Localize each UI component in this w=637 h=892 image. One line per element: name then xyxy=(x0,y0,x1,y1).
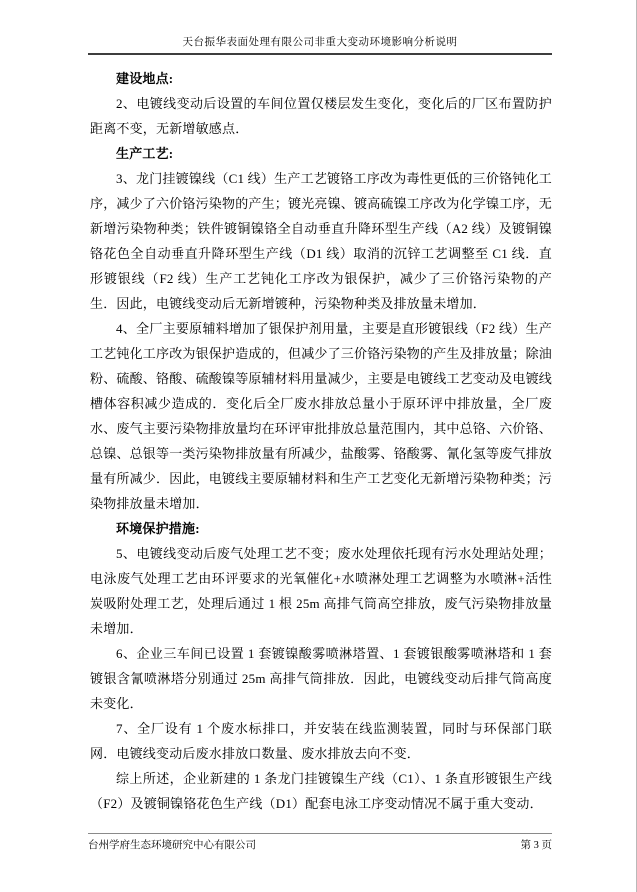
document-page: 天台振华表面处理有限公司非重大变动环境影响分析说明 建设地点:2、电镀线变动后设… xyxy=(0,0,637,892)
document-body: 建设地点:2、电镀线变动后设置的车间位置仅楼层发生变化，变化后的厂区布置防护距离… xyxy=(90,66,552,816)
header-title: 天台振华表面处理有限公司非重大变动环境影响分析说明 xyxy=(88,36,552,49)
page-header: 天台振华表面处理有限公司非重大变动环境影响分析说明 xyxy=(88,36,552,55)
footer-page-number: 第 3 页 xyxy=(521,839,553,852)
section-heading: 建设地点: xyxy=(90,66,552,91)
body-paragraph: 5、电镀线变动后废气处理工艺不变；废水处理依托现有污水处理站处理；电泳废气处理工… xyxy=(90,541,552,641)
body-paragraph: 7、全厂设有 1 个废水标排口，并安装在线监测装置，同时与环保部门联网．电镀线变… xyxy=(90,716,552,766)
section-heading: 生产工艺: xyxy=(90,141,552,166)
body-paragraph: 6、企业三车间已设置 1 套镀镍酸雾喷淋塔置、1 套镀银酸雾喷淋塔和 1 套镀银… xyxy=(90,641,552,716)
body-paragraph: 3、龙门挂镀镍线（C1 线）生产工艺镀铬工序改为毒性更低的三价铬钝化工序，减少了… xyxy=(90,166,552,316)
body-paragraph: 综上所述，企业新建的 1 条龙门挂镀镍生产线（C1）、1 条直形镀银生产线（F2… xyxy=(90,766,552,816)
body-paragraph: 2、电镀线变动后设置的车间位置仅楼层发生变化，变化后的厂区布置防护距离不变，无新… xyxy=(90,91,552,141)
footer-company: 台州学府生态环境研究中心有限公司 xyxy=(88,839,256,852)
section-heading: 环境保护措施: xyxy=(90,516,552,541)
page-footer: 台州学府生态环境研究中心有限公司 第 3 页 xyxy=(88,833,552,852)
body-paragraph: 4、全厂主要原辅料增加了银保护剂用量，主要是直形镀银线（F2 线）生产工艺钝化工… xyxy=(90,316,552,516)
